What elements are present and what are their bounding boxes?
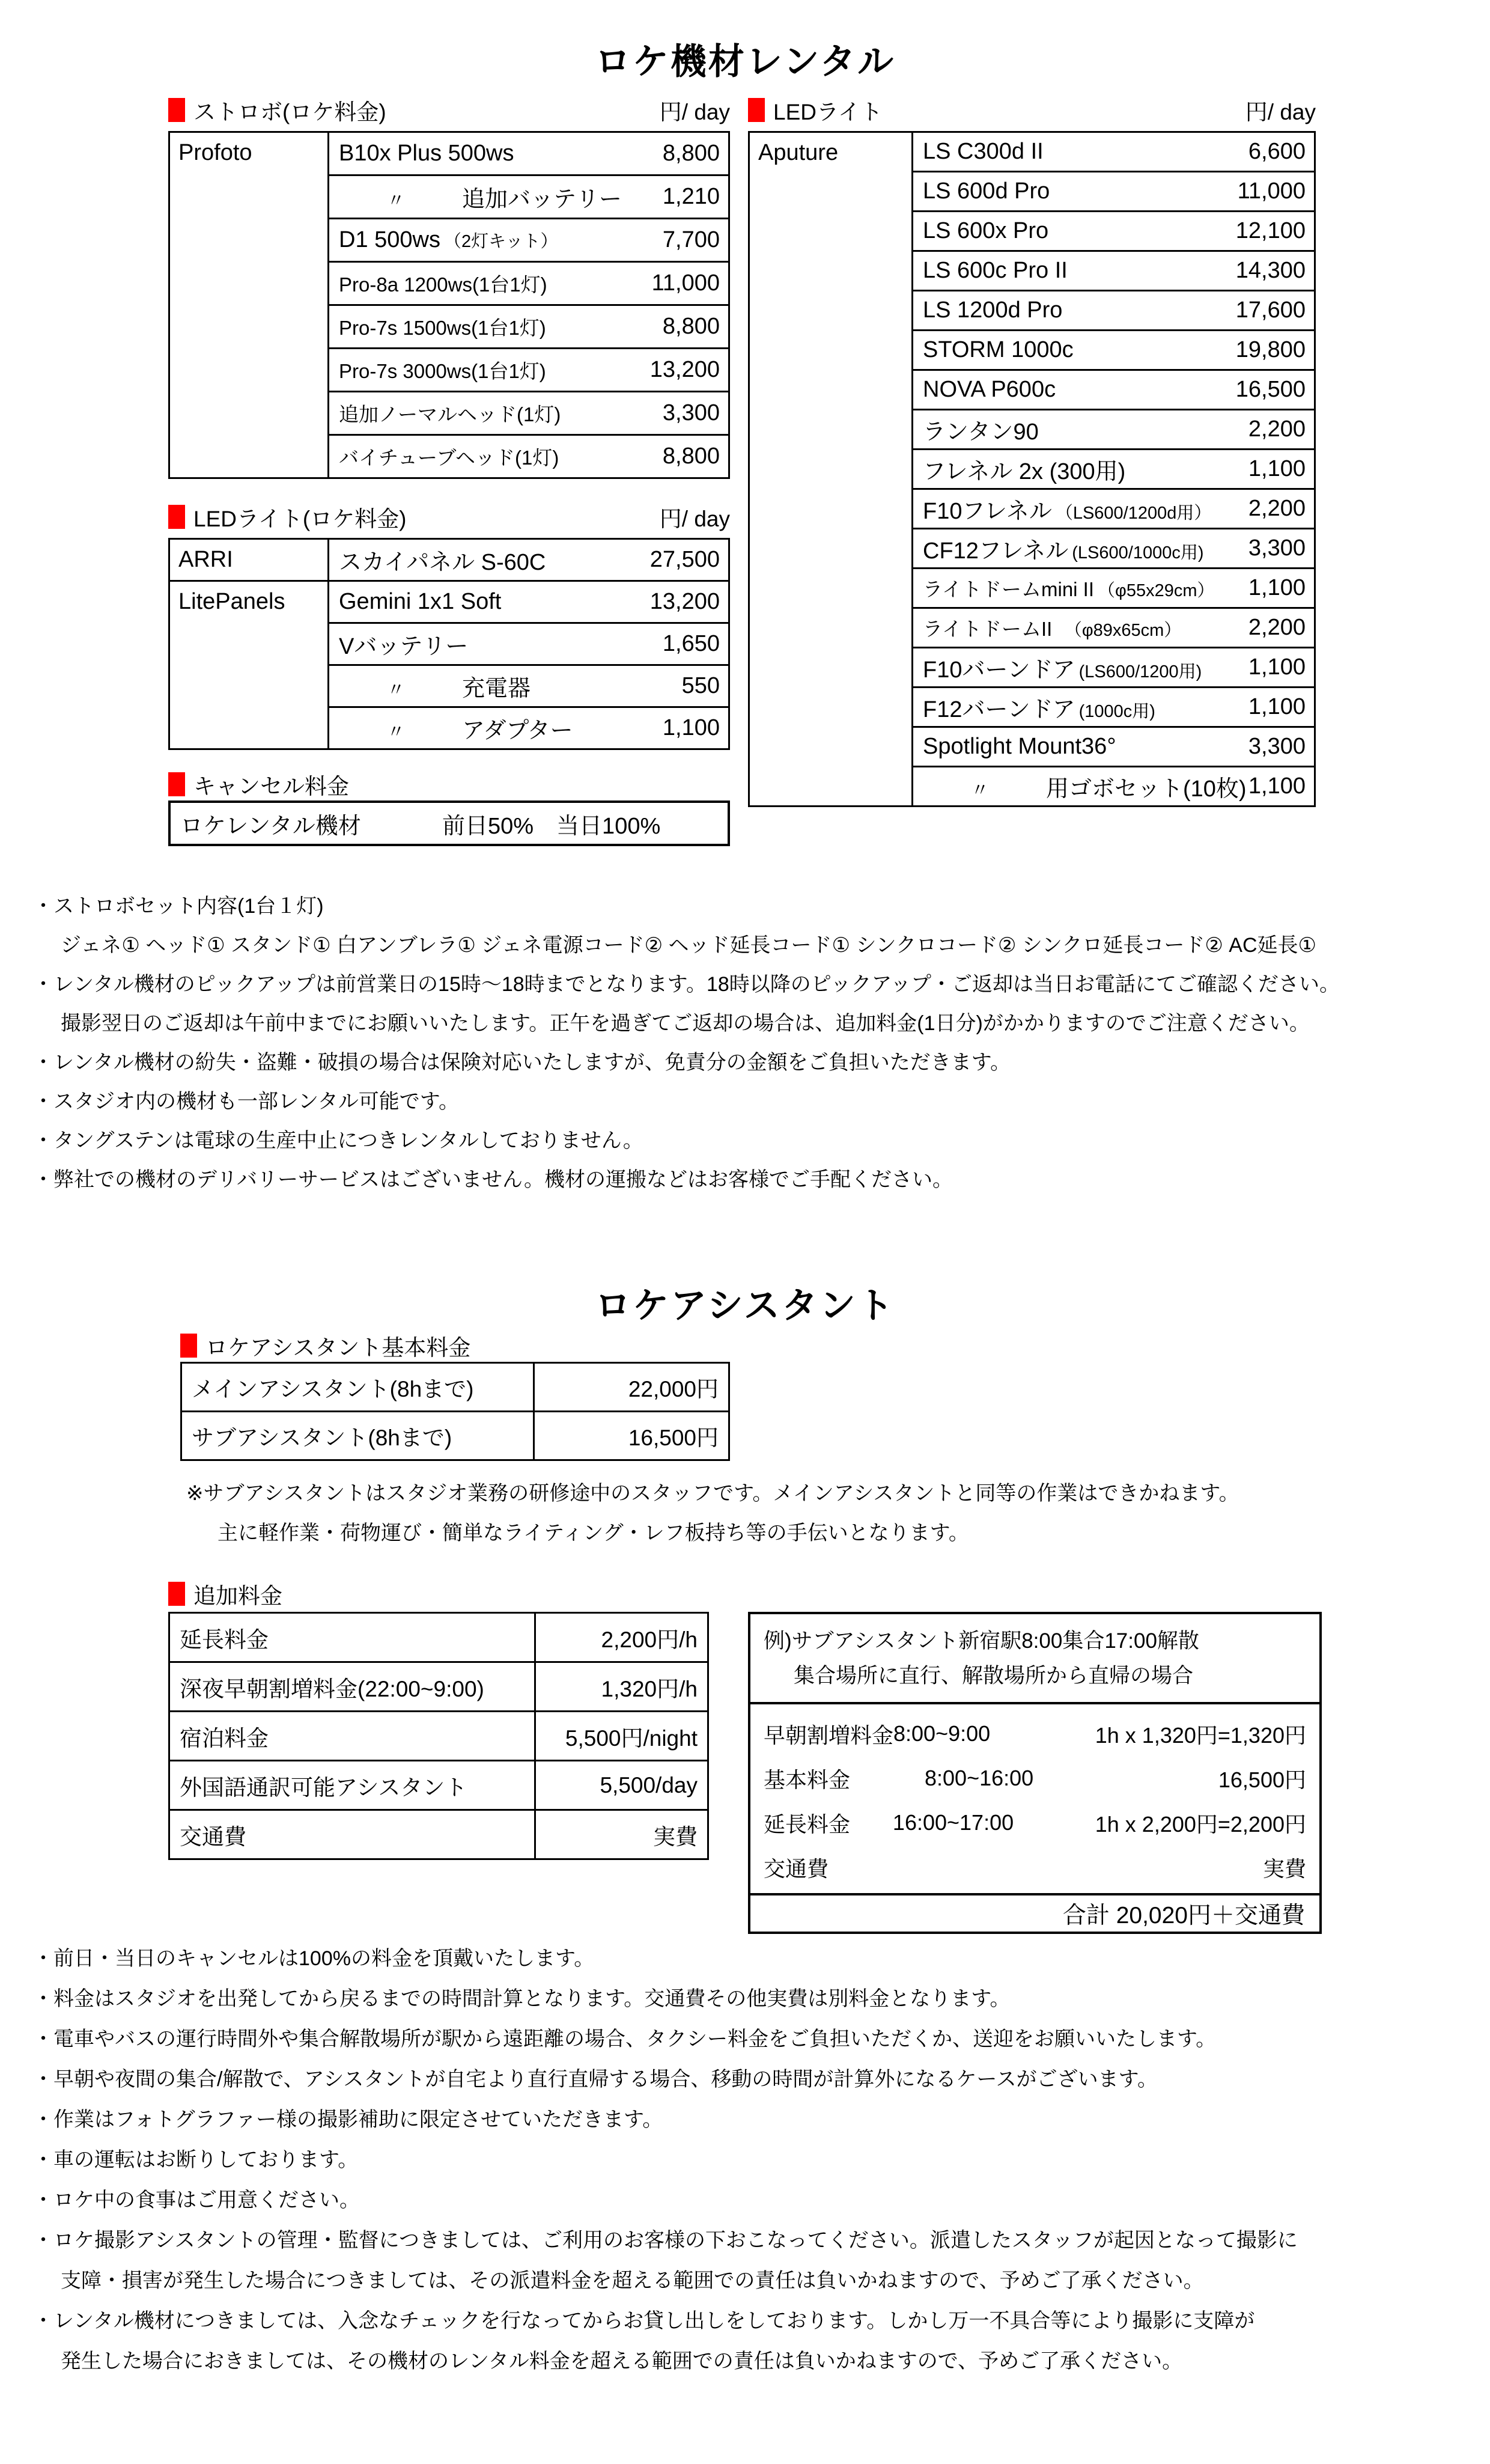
led-day-price-table-grid: AputureLS C300d II6,600LS 600d Pro11,000…	[748, 131, 1316, 807]
table-row: ProfotoB10x Plus 500ws8,800	[169, 132, 729, 175]
price-cell: 3,300	[1178, 727, 1315, 767]
unit-label: 円/ day	[1245, 94, 1316, 126]
fee-price: 5,500円/night	[535, 1712, 708, 1761]
table-row: 宿泊料金5,500円/night	[169, 1712, 708, 1761]
item-label: LS 1200d Pro	[923, 297, 1062, 323]
item-cell: ランタン90	[913, 410, 1178, 450]
item-cell: LS 600c Pro II	[913, 251, 1178, 291]
example-title-line1: 例)サブアシスタント新宿駅8:00集合17:00解散	[764, 1624, 1319, 1659]
table-row: 延長料金2,200円/h	[169, 1613, 708, 1662]
item-cell: STORM 1000c	[913, 331, 1178, 370]
brand-cell: Aputure	[749, 132, 913, 807]
table-row: 深夜早朝割増料金(22:00~9:00)1,320円/h	[169, 1662, 708, 1712]
item-label: Vバッテリー	[339, 634, 468, 659]
item-cell: Vバッテリー	[329, 623, 592, 665]
section-header-led-location: LEDライト(ロケ料金) 円/ day	[168, 501, 730, 533]
price-cell: 13,200	[592, 581, 729, 623]
red-square-icon	[180, 1334, 197, 1358]
example-row-label: 早朝割増料金	[764, 1719, 893, 1749]
price-cell: 14,300	[1178, 251, 1315, 291]
table-row: 外国語通訳可能アシスタント5,500/day	[169, 1761, 708, 1810]
price-cell: 8,800	[592, 132, 729, 175]
item-cell: ライトドームmini II（φ55x29cm）	[913, 569, 1178, 608]
red-square-icon	[168, 1582, 185, 1606]
item-cell: F10バーンドア(LS600/1200用)	[913, 648, 1178, 688]
item-label: 追加バッテリー	[462, 187, 622, 212]
example-row-calc: 1h x 2,200円=2,200円	[1095, 1808, 1306, 1838]
ditto-mark: 〃	[971, 775, 989, 802]
table-row: ARRIスカイパネル S-60C27,500	[169, 539, 729, 581]
price-cell: 550	[592, 665, 729, 707]
item-note: (LS600/1200用)	[1079, 662, 1202, 682]
item-label: STORM 1000c	[923, 337, 1074, 362]
note-line: 支障・損害が発生した場合につきましては、その派遣料金を超える範囲での責任は負いか…	[33, 2258, 1475, 2299]
cancel-value: 前日50% 当日100%	[442, 807, 660, 840]
section-title: LEDライト	[773, 94, 883, 126]
price-cell: 13,200	[592, 349, 729, 392]
fee-label: 深夜早朝割増料金(22:00~9:00)	[169, 1662, 535, 1712]
note-line: ・弊社での機材のデリバリーサービスはございません。機材の運搬などはお客様でご手配…	[33, 1158, 1469, 1197]
note-line: ・作業はフォトグラファー様の撮影補助に限定させていただきます。	[33, 2097, 1475, 2138]
example-row: 延長料金16:00~17:001h x 2,200円=2,200円	[764, 1801, 1306, 1845]
price-cell: 16,500	[1178, 370, 1315, 410]
additional-fee-table: 延長料金2,200円/h深夜早朝割増料金(22:00~9:00)1,320円/h…	[168, 1612, 709, 1860]
unit-label: 円/ day	[660, 501, 730, 533]
item-note: （φ89x65cm）	[1056, 621, 1181, 640]
led-day-price-table: AputureLS C300d II6,600LS 600d Pro11,000…	[748, 131, 1316, 807]
fee-label: 外国語通訳可能アシスタント	[169, 1761, 535, 1810]
item-label: 用ゴボセット(10枚)	[1046, 776, 1247, 802]
note-line: ・早朝や夜間の集合/解散で、アシスタントが自宅より直行直帰する場合、移動の時間が…	[33, 2057, 1475, 2097]
item-cell: バイチューブヘッド(1灯)	[329, 435, 592, 478]
page-title-assistant: ロケアシスタント	[0, 1277, 1490, 1329]
note-line: ・車の運転はお断りしております。	[33, 2138, 1475, 2178]
note-line: ・ストロボセット内容(1台１灯)	[33, 885, 1469, 924]
item-label: D1 500ws	[339, 227, 440, 252]
example-row-calc: 1h x 1,320円=1,320円	[1095, 1719, 1306, 1749]
example-row: 早朝割増料金8:00~9:001h x 1,320円=1,320円	[764, 1712, 1306, 1756]
fee-price: 1,320円/h	[535, 1662, 708, 1712]
item-cell: スカイパネル S-60C	[329, 539, 592, 581]
strobe-price-table: ProfotoB10x Plus 500ws8,800〃追加バッテリー1,210…	[168, 131, 730, 479]
item-note: （φ55x29cm）	[1098, 581, 1214, 600]
red-square-icon	[168, 98, 185, 122]
item-cell: ライトドームII （φ89x65cm）	[913, 608, 1178, 648]
basic-fee-notes: ※サブアシスタントはスタジオ業務の研修途中のスタッフです。メインアシスタントと同…	[186, 1471, 1460, 1551]
item-label: Pro-7s 1500ws(1台1灯)	[339, 317, 546, 339]
example-row-label: 基本料金	[764, 1763, 925, 1794]
item-cell: F12バーンドア(1000c用)	[913, 688, 1178, 727]
item-label: F10フレネル	[923, 499, 1052, 524]
item-label: CF12フレネル	[923, 538, 1068, 564]
ditto-mark: 〃	[387, 186, 405, 212]
red-square-icon	[748, 98, 765, 122]
item-cell: Pro-8a 1200ws(1台1灯)	[329, 262, 592, 305]
fee-label: メインアシスタント(8hまで)	[181, 1363, 534, 1412]
price-cell: 12,100	[1178, 212, 1315, 251]
unit-label: 円/ day	[660, 94, 730, 126]
example-title-line2: 集合場所に直行、解散場所から直帰の場合	[764, 1659, 1319, 1694]
led-location-price-table-grid: ARRIスカイパネル S-60C27,500LitePanelsGemini 1…	[168, 538, 730, 750]
fee-price: 実費	[535, 1810, 708, 1859]
table-row: LitePanelsGemini 1x1 Soft13,200	[169, 581, 729, 623]
note-line: ・電車やバスの運行時間外や集合解散場所が駅から遠距離の場合、タクシー料金をご負担…	[33, 2017, 1475, 2057]
brand-cell: ARRI	[169, 539, 329, 581]
example-rows: 早朝割増料金8:00~9:001h x 1,320円=1,320円基本料金8:0…	[750, 1704, 1319, 1893]
price-cell: 6,600	[1178, 132, 1315, 172]
item-cell: 〃充電器	[329, 665, 592, 707]
item-cell: Pro-7s 1500ws(1台1灯)	[329, 305, 592, 349]
item-cell: フレネル 2x (300用)	[913, 450, 1178, 489]
note-line: ・ロケ撮影アシスタントの管理・監督につきましては、ご利用のお客様の下おこなってく…	[33, 2218, 1475, 2258]
example-row: 基本料金8:00~16:0016,500円	[764, 1756, 1306, 1801]
fee-price: 16,500円	[534, 1412, 729, 1460]
item-cell: Spotlight Mount36°	[913, 727, 1178, 767]
section-header-additional: 追加料金	[168, 1578, 709, 1610]
item-cell: LS 600d Pro	[913, 172, 1178, 212]
price-cell: 1,100	[1178, 450, 1315, 489]
basic-fee-table: メインアシスタント(8hまで)22,000円サブアシスタント(8hまで)16,5…	[180, 1362, 730, 1461]
note-line: ・レンタル機材につきましては、入念なチェックを行なってからお貸し出しをしておりま…	[33, 2299, 1475, 2339]
note-line: 撮影翌日のご返却は午前中までにお願いいたします。正午を過ぎてご返却の場合は、追加…	[33, 1002, 1469, 1041]
price-cell: 8,800	[592, 305, 729, 349]
page-title-equipment: ロケ機材レンタル	[0, 33, 1490, 85]
note-line: 発生した場合におきましては、その機材のレンタル料金を超える範囲での責任は負いかね…	[33, 2339, 1475, 2379]
item-label: バイチューブヘッド(1灯)	[339, 447, 559, 469]
equipment-notes: ・ストロボセット内容(1台１灯)ジェネ① ヘッド① スタンド① 白アンブレラ① …	[33, 885, 1469, 1197]
section-title: LEDライト(ロケ料金)	[193, 501, 407, 533]
price-cell: 27,500	[592, 539, 729, 581]
item-label: Pro-8a 1200ws(1台1灯)	[339, 273, 547, 296]
price-cell: 11,000	[1178, 172, 1315, 212]
additional-fee-table-grid: 延長料金2,200円/h深夜早朝割増料金(22:00~9:00)1,320円/h…	[168, 1612, 709, 1860]
example-row-time: 8:00~16:00	[925, 1766, 1177, 1791]
item-label: スカイパネル S-60C	[339, 550, 546, 575]
price-cell: 2,200	[1178, 608, 1315, 648]
price-cell: 17,600	[1178, 291, 1315, 331]
item-cell: 〃アダプター	[329, 707, 592, 749]
price-cell: 11,000	[592, 262, 729, 305]
item-cell: Gemini 1x1 Soft	[329, 581, 592, 623]
fee-price: 22,000円	[534, 1363, 729, 1412]
item-cell: NOVA P600c	[913, 370, 1178, 410]
price-cell: 2,200	[1178, 410, 1315, 450]
item-label: ランタン90	[923, 419, 1039, 445]
item-cell: B10x Plus 500ws	[329, 132, 592, 175]
item-cell: F10フレネル（LS600/1200d用）	[913, 489, 1178, 529]
fee-price: 2,200円/h	[535, 1613, 708, 1662]
item-cell: 〃用ゴボセット(10枚)	[913, 767, 1178, 807]
note-line: 主に軽作業・荷物運び・簡単なライティング・レフ板持ち等の手伝いとなります。	[186, 1511, 1460, 1551]
table-row: AputureLS C300d II6,600	[749, 132, 1315, 172]
table-row: 交通費実費	[169, 1810, 708, 1859]
section-title: 追加料金	[193, 1578, 282, 1610]
section-title: ロケアシスタント基本料金	[205, 1329, 470, 1362]
table-row: サブアシスタント(8hまで)16,500円	[181, 1412, 729, 1460]
section-title: キャンセル料金	[193, 768, 349, 800]
note-line: ・レンタル機材の紛失・盗難・破損の場合は保険対応いたしますが、免責分の金額をご負…	[33, 1041, 1469, 1080]
section-header-basic: ロケアシスタント基本料金	[180, 1329, 730, 1362]
table-row: メインアシスタント(8hまで)22,000円	[181, 1363, 729, 1412]
item-label: 追加ノーマルヘッド(1灯)	[339, 403, 561, 425]
item-label: LS 600x Pro	[923, 218, 1048, 243]
fee-label: サブアシスタント(8hまで)	[181, 1412, 534, 1460]
item-cell: Pro-7s 3000ws(1台1灯)	[329, 349, 592, 392]
ditto-mark: 〃	[387, 675, 405, 701]
item-label: F12バーンドア	[923, 697, 1075, 722]
example-row-time: 8:00~9:00	[893, 1721, 1095, 1746]
example-calculation-box: 例)サブアシスタント新宿駅8:00集合17:00解散 集合場所に直行、解散場所か…	[748, 1612, 1322, 1934]
price-cell: 19,800	[1178, 331, 1315, 370]
strobe-price-table-grid: ProfotoB10x Plus 500ws8,800〃追加バッテリー1,210…	[168, 131, 730, 479]
item-note: (1000c用)	[1079, 702, 1155, 721]
brand-cell: LitePanels	[169, 581, 329, 749]
example-row-label: 延長料金	[764, 1808, 893, 1838]
item-label: LS C300d II	[923, 139, 1044, 164]
example-row-time: 16:00~17:00	[893, 1810, 1095, 1835]
section-title: ストロボ(ロケ料金)	[193, 94, 386, 126]
price-cell: 3,300	[592, 392, 729, 435]
item-cell: CF12フレネル(LS600/1000c用)	[913, 529, 1178, 569]
section-header-led-day: LEDライト 円/ day	[748, 94, 1316, 126]
note-line: ・スタジオ内の機材も一部レンタル可能です。	[33, 1080, 1469, 1119]
example-row-label: 交通費	[764, 1852, 925, 1883]
item-note: （2灯キット）	[444, 232, 558, 251]
item-cell: LS 1200d Pro	[913, 291, 1178, 331]
note-line: ・レンタル機材のピックアップは前営業日の15時〜18時までとなります。18時以降…	[33, 963, 1469, 1002]
item-label: Pro-7s 3000ws(1台1灯)	[339, 360, 546, 382]
price-cell: 8,800	[592, 435, 729, 478]
section-header-cancel: キャンセル料金	[168, 768, 730, 800]
item-label: ライトドームII	[923, 618, 1052, 640]
item-label: NOVA P600c	[923, 377, 1056, 402]
example-total: 合計 20,020円＋交通費	[750, 1893, 1319, 1932]
item-label: フレネル 2x (300用)	[923, 459, 1125, 484]
section-header-strobe: ストロボ(ロケ料金) 円/ day	[168, 94, 730, 126]
example-row-calc: 実費	[1177, 1852, 1306, 1883]
item-label: Gemini 1x1 Soft	[339, 589, 501, 614]
example-header: 例)サブアシスタント新宿駅8:00集合17:00解散 集合場所に直行、解散場所か…	[750, 1614, 1319, 1704]
item-label: LS 600c Pro II	[923, 258, 1068, 283]
note-line: ・ロケ中の食事はご用意ください。	[33, 2178, 1475, 2218]
ditto-mark: 〃	[387, 717, 405, 743]
led-location-price-table: ARRIスカイパネル S-60C27,500LitePanelsGemini 1…	[168, 538, 730, 750]
note-line: ※サブアシスタントはスタジオ業務の研修途中のスタッフです。メインアシスタントと同…	[186, 1471, 1460, 1511]
price-cell: 7,700	[592, 219, 729, 262]
item-label: B10x Plus 500ws	[339, 141, 514, 166]
cancel-label: ロケレンタル機材	[180, 807, 442, 840]
note-line: ・タングステンは電球の生産中止につきレンタルしておりません。	[33, 1119, 1469, 1158]
fee-label: 延長料金	[169, 1613, 535, 1662]
rental-price-sheet: ロケ機材レンタル ストロボ(ロケ料金) 円/ day ProfotoB10x P…	[0, 0, 1490, 2464]
item-note: (LS600/1000c用)	[1072, 543, 1203, 563]
item-cell: 追加ノーマルヘッド(1灯)	[329, 392, 592, 435]
item-label: F10バーンドア	[923, 657, 1075, 683]
fee-price: 5,500/day	[535, 1761, 708, 1810]
fee-label: 交通費	[169, 1810, 535, 1859]
item-label: アダプター	[462, 718, 573, 743]
price-cell: 1,650	[592, 623, 729, 665]
item-label: ライトドームmini II	[923, 578, 1094, 600]
fee-label: 宿泊料金	[169, 1712, 535, 1761]
example-row: 交通費実費	[764, 1845, 1306, 1889]
note-line: ・前日・当日のキャンセルは100%の料金を頂戴いたします。	[33, 1936, 1475, 1977]
red-square-icon	[168, 505, 185, 529]
item-cell: LS 600x Pro	[913, 212, 1178, 251]
brand-cell: Profoto	[169, 132, 329, 478]
item-label: LS 600d Pro	[923, 178, 1050, 204]
example-row-calc: 16,500円	[1177, 1763, 1306, 1794]
cancel-fee-row: ロケレンタル機材 前日50% 当日100%	[168, 800, 730, 846]
item-cell: 〃追加バッテリー	[329, 175, 592, 219]
note-line: ジェネ① ヘッド① スタンド① 白アンブレラ① ジェネ電源コード② ヘッド延長コ…	[33, 924, 1469, 963]
item-cell: LS C300d II	[913, 132, 1178, 172]
item-cell: D1 500ws（2灯キット）	[329, 219, 592, 262]
basic-fee-table-grid: メインアシスタント(8hまで)22,000円サブアシスタント(8hまで)16,5…	[180, 1362, 730, 1461]
price-cell: 1,100	[1178, 688, 1315, 727]
red-square-icon	[168, 772, 185, 796]
item-note: （LS600/1200d用）	[1056, 504, 1212, 523]
note-line: ・料金はスタジオを出発してから戻るまでの時間計算となります。交通費その他実費は別…	[33, 1977, 1475, 2017]
price-cell: 1,100	[592, 707, 729, 749]
item-label: 充電器	[462, 676, 531, 701]
assistant-notes: ・前日・当日のキャンセルは100%の料金を頂戴いたします。・料金はスタジオを出発…	[33, 1936, 1475, 2379]
item-label: Spotlight Mount36°	[923, 734, 1116, 759]
